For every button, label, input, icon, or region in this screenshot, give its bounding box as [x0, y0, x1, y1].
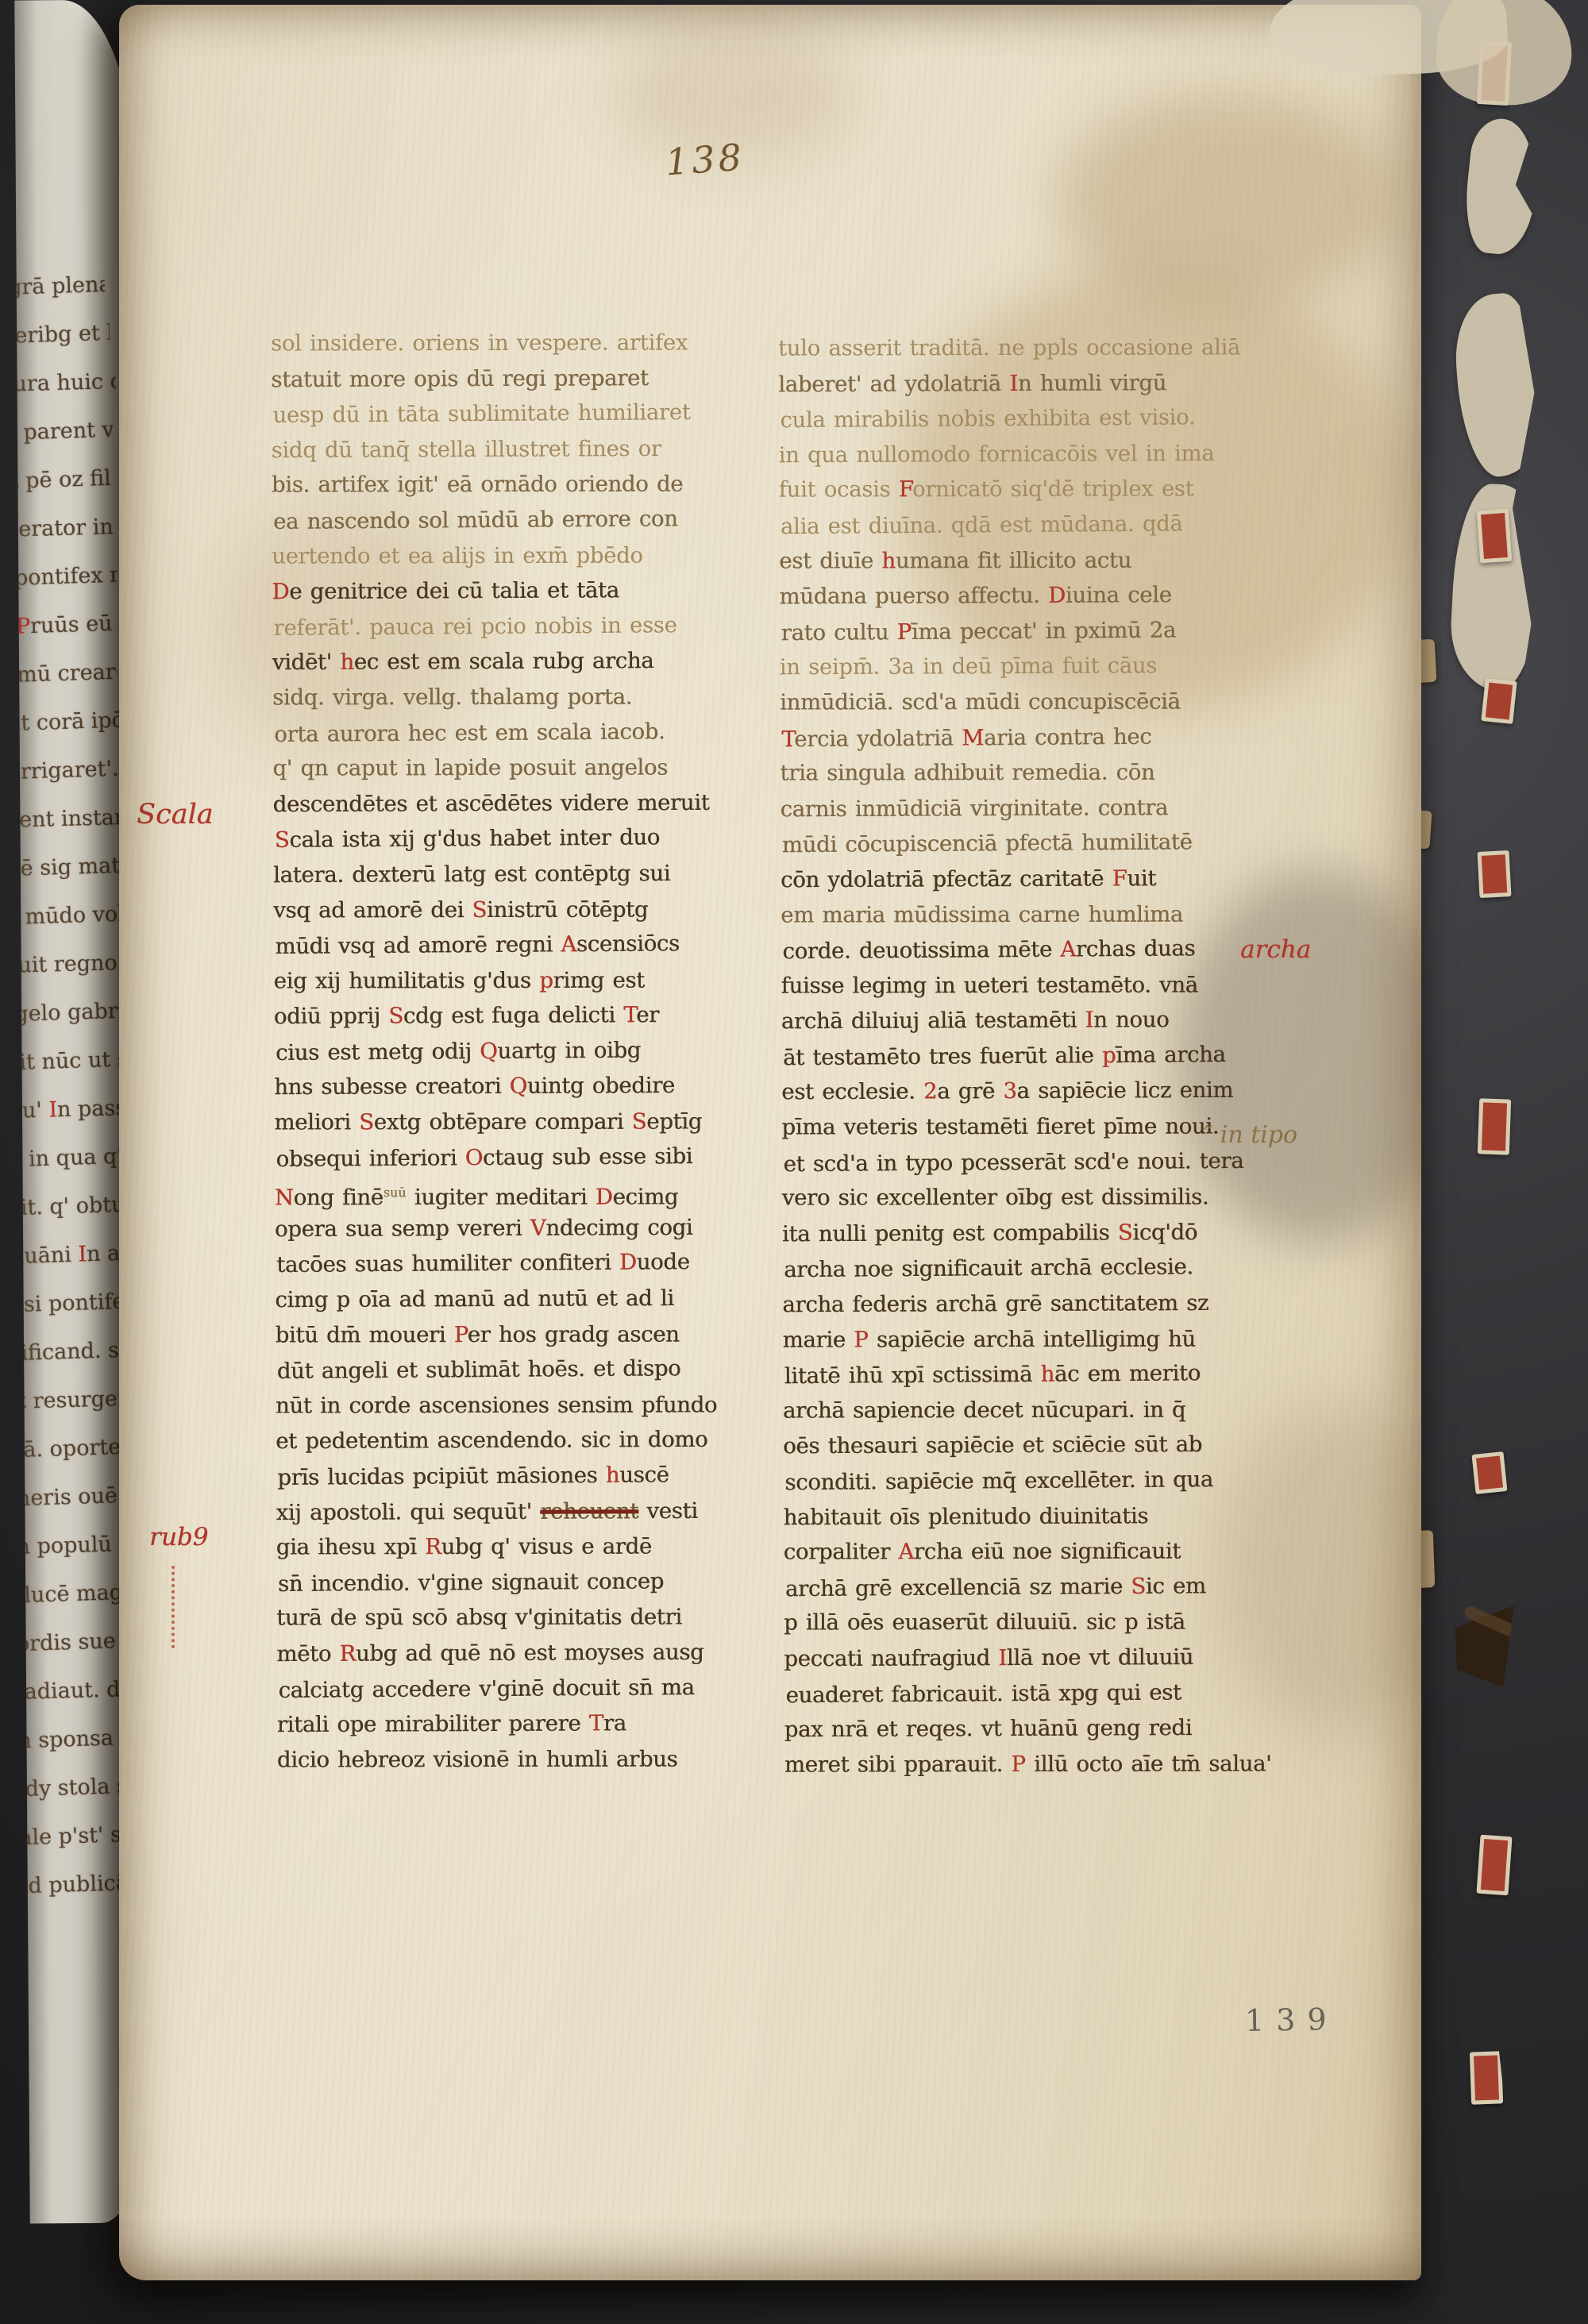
manuscript-text-line: est ecclesie. 2a grē 3a sapiēcie licz en… — [781, 1073, 1258, 1110]
marginal-note-archa: archa — [1240, 935, 1311, 964]
manuscript-text-line: euaderet fabricauit. istā xpg qui est — [785, 1674, 1262, 1713]
marginal-note-in-tipo: ″ in tipo — [1204, 1121, 1297, 1149]
torn-leaf-edge — [1451, 291, 1547, 480]
manuscript-text-line: s huāni In ara m — [14, 1228, 136, 1281]
manuscript-text-line: oēs thesauri sapiēcie et sciēcie sūt ab — [783, 1427, 1259, 1464]
manuscript-text-line: corpaliter Archa eiū noe significauit — [784, 1534, 1260, 1571]
manuscript-text-line: ostent instar sz ac — [14, 793, 130, 846]
manuscript-text-line: gia ihesu xpī Rubg q' visus e ardē — [276, 1529, 709, 1566]
manuscript-text-line: cius est metg odij Quartg in oibg — [276, 1032, 708, 1071]
red-index-tab — [1471, 1451, 1507, 1494]
red-index-tab — [1470, 2051, 1503, 2104]
manuscript-text-line: latera. dexterū latg est contēptg sui — [273, 856, 706, 893]
text-column-left: sol insidere. oriens in vespere. artifex… — [271, 325, 710, 1779]
manuscript-text-line: mulieribg et bn̄dicta — [14, 309, 110, 362]
manuscript-text-line: peccati naufragiud Illā noe vt diluuiū — [784, 1640, 1260, 1677]
marginal-note-rubus: rub9 — [149, 1523, 208, 1551]
manuscript-text-line: tria singula adhibuit remedia. cōn — [780, 755, 1256, 792]
manuscript-text-line: rato cultu Pīma peccat' in pximū 2a — [781, 611, 1258, 650]
manuscript-text-line: corde. deuotissima mēte Archas duas — [782, 931, 1258, 969]
manuscript-text-line: vsq ad amorē dei Sinistrū cōtēptg — [273, 892, 706, 928]
manuscript-text-line: vero sic excellenter oībg est dissimilis… — [782, 1180, 1258, 1216]
manuscript-text-line: p illā oēs euaserūt diluuiū. sic p istā — [784, 1605, 1260, 1641]
manuscript-text-line: xij apostoli. qui sequūt' reheuent vesti — [276, 1493, 708, 1530]
red-dotted-marginal-line — [172, 1566, 175, 1648]
manuscript-text-line: ea nascendo sol mūdū ab errore con — [273, 501, 706, 540]
manuscript-text-line: calciatg accedere v'ginē docuit sn̄ ma — [278, 1669, 711, 1708]
manuscript-text-line: et scd'a in typo pcesserāt scd'e noui. t… — [783, 1143, 1259, 1181]
manuscript-text-line: vidēt' hec est em scala rubg archa — [272, 643, 705, 680]
manuscript-text-line: meret sibi pparauit. P illū octo aīe tm̄… — [784, 1746, 1261, 1783]
manuscript-text-line: tulo asserit traditā. ne ppls occasione … — [778, 330, 1255, 366]
manuscript-text-line: litatē ihū xpī sctissimā hāc em merito — [784, 1355, 1261, 1394]
manuscript-text-line: fuit ocasis Fornicatō siq'dē triplex est — [779, 472, 1255, 508]
manuscript-text-line: meliori Sextg obtēpare compari Septīg — [274, 1104, 707, 1141]
manuscript-text-line: marie P sapiēcie archā intelligimg hū — [783, 1321, 1259, 1358]
manuscript-text-line: statuit more opis dū regi preparet — [271, 360, 703, 397]
manuscript-text-line: De genitrice dei cū talia et tāta — [272, 572, 704, 610]
manuscript-text-line: sidq. virga. vellg. thalamg porta. — [272, 679, 705, 715]
folio-number-stamp: 139 — [1245, 2002, 1339, 2038]
manuscript-text-line: archā diluiuj aliā testamēti In nouo — [781, 1002, 1258, 1039]
manuscript-text-line: mūdi vsq ad amorē regni Ascensiōcs — [275, 926, 707, 965]
manuscript-text-line: archa noe significauit archā ecclesie. — [784, 1249, 1260, 1288]
manuscript-text-line: dicio hebreoz visionē in humli arbus — [277, 1741, 710, 1778]
manuscript-text-line: opera sua semp vereri Vndecimg cogi — [275, 1210, 707, 1247]
manuscript-text-line: imperator in regno — [14, 503, 121, 555]
manuscript-text-line: cimg p oīa ad manū ad nutū et ad li — [275, 1281, 707, 1318]
red-index-tab — [1477, 509, 1513, 564]
red-index-tab — [1476, 1835, 1512, 1896]
manuscript-text-line: referāt'. pauca rei pcio nobis in esse — [274, 607, 707, 646]
manuscript-text-line: ne irrigaret'. et ide — [14, 745, 124, 798]
manuscript-text-line: habitauit oīs plenitudo diuinitatis — [783, 1497, 1259, 1535]
manuscript-text-line: aue grā plena dnj — [14, 260, 106, 314]
photo-background: aue grā plena dnjmulieribg et bn̄dictaNa… — [0, 0, 1588, 2324]
manuscript-text-line: itaut corā ipō fidage — [14, 696, 122, 750]
manuscript-text-line: tacōes suas humiliter confiteri Duode — [276, 1244, 709, 1283]
manuscript-text-line: uertendo et ea alijs in exm̄ pbēdo — [272, 538, 704, 574]
manuscript-text-line: sidq dū tanq̄ stella illustret fines or — [272, 431, 704, 468]
red-index-tab — [1478, 850, 1512, 898]
manuscript-text-line: bitū dm̄ moueri Per hos gradg ascen — [276, 1316, 708, 1353]
manuscript-text-line: Nong finēsuū iugiter meditari Decimg — [275, 1175, 707, 1212]
manuscript-text-line: emit nūc ut suā — [14, 1035, 129, 1089]
text-column-right: tulo asserit traditā. ne ppls occasione … — [778, 330, 1261, 1783]
manuscript-text-line: tauit pē oz filiuū ut — [14, 454, 112, 507]
manuscript-text-line: prīs lucidas pcipiūt māsiones huscē — [277, 1457, 710, 1496]
manuscript-text-line: sn̄ incendio. v'gine signauit concep — [278, 1563, 711, 1602]
manuscript-text-line: mūdi cōcupiscenciā pfectā humilitatē — [782, 824, 1258, 863]
manuscript-text-line: carnis inmūdiciā virginitate. contra — [781, 789, 1257, 827]
manuscript-text-line: archā grē excellenciā sz marie Sic em — [785, 1568, 1262, 1607]
manuscript-text-line: pauit regno ange — [14, 938, 135, 991]
manuscript-text-line: Scala ista xij g'dus habet inter duo — [275, 819, 707, 858]
manuscript-text-line: archā sapiencie decet nūcupari. in q̄ — [783, 1392, 1259, 1428]
manuscript-text-line: pax nrā et reqes. vt huānū geng redi — [784, 1710, 1261, 1748]
marginal-note-scala: Scala — [137, 799, 214, 831]
manuscript-text-line: in qua nullomodo fornicacōis vel in ima — [779, 435, 1255, 472]
manuscript-text-line: no. Pruūs eū alessu — [14, 599, 119, 653]
manuscript-text-line: lissimū crearet. q̄ — [14, 648, 118, 701]
manuscript-text-line: sol insidere. oriens in vespere. artifex — [271, 325, 703, 361]
manuscript-text-line: archa federis archā grē sanctitatem sz — [782, 1285, 1258, 1323]
manuscript-text-line: ut. in qua q' tam — [14, 1131, 136, 1185]
red-index-tab — [1478, 1098, 1511, 1154]
manuscript-text-line: cōn ydolatriā pfectāz caritatē Fuit — [781, 861, 1257, 898]
manuscript-text-line: sconditi. sapiēcie mq̄ excellēter. in qu… — [784, 1462, 1261, 1501]
manuscript-text-line: cula mirabilis nobis exhibita est visio. — [780, 399, 1256, 438]
red-index-tab — [1481, 678, 1517, 724]
parchment-stain — [1056, 92, 1397, 306]
manuscript-text-line: in seipm̄. 3a in deū pīma fuit cāus — [780, 648, 1256, 685]
manuscript-text-line: mūdana puerso affectu. Diuina cele — [779, 577, 1255, 615]
manuscript-text-line: fuisse legimg in ueteri testamēto. vnā — [781, 967, 1258, 1004]
manuscript-text-line: odiū pprij Scdg est fuga delicti Ter — [274, 997, 707, 1035]
manuscript-text-line: obsequi inferiori Octaug sub esse sibi — [276, 1139, 708, 1177]
manuscript-text-line: q' qn caput in lapide posuit angelos — [272, 750, 705, 787]
manuscript-text-line: turā de spū scō absq v'ginitatis detri — [276, 1600, 709, 1636]
folio-number-top: 138 — [664, 136, 746, 184]
manuscript-text-line: orta aurora hec est em scala iacob. — [274, 713, 707, 752]
manuscript-text-line: em maria mūdissima carne humlima — [781, 896, 1257, 933]
manuscript-text-line: mēto Rubg ad quē nō est moyses ausg — [276, 1635, 709, 1672]
manuscript-text-line: angelo gabrieli ā — [14, 986, 132, 1039]
manuscript-text-line: ita nulli penitg est compabilis Sicq'dō — [782, 1215, 1258, 1252]
manuscript-text-line: laberet' ad ydolatriā In humli virgū — [778, 364, 1255, 402]
manuscript-text-line: āt testamēto tres fuerūt alie pīma archa — [783, 1037, 1259, 1076]
manuscript-text-line: ritali ope mirabiliter parere Tra — [277, 1705, 710, 1743]
manuscript-text-line: inmūdiciā. scd'a mūdi concupiscēciā — [780, 684, 1256, 720]
manuscript-text-line: bis. artifex igit' eā ornādo oriendo de — [272, 467, 704, 503]
manuscript-page: 138 sol insidere. oriens in vespere. art… — [119, 5, 1421, 2280]
manuscript-text-line: hns subesse creatori Quintg obedire — [274, 1068, 707, 1105]
manuscript-text-line: ē ipē sig mater — [14, 842, 124, 895]
manuscript-text-line: descendētes et ascēdētes videre meruit — [273, 785, 706, 823]
manuscript-text-line: no. pontifex māsule — [14, 551, 118, 604]
manuscript-text-line: est diuīe humana fit illicito actu — [779, 542, 1255, 579]
manuscript-text-line: uesp dū in tāta sublimitate humiliaret — [272, 395, 705, 434]
manuscript-text-line: pīma veteris testamēti fieret pīme noui. — [781, 1108, 1258, 1145]
manuscript-text-line: alia est diuīna. qdā est mūdana. qdā — [781, 506, 1257, 545]
manuscript-text-line: eig xij humilitatis g'dus primg est — [274, 962, 707, 999]
manuscript-text-line: dūt angeli et sublimāt hoēs. et dispo — [277, 1351, 710, 1389]
manuscript-text-line: Natura huic decale — [14, 357, 117, 410]
manuscript-text-line: igē mūdo volā — [14, 889, 129, 942]
manuscript-text-line: et pedetentim ascendendo. sic in domo — [276, 1422, 708, 1459]
manuscript-text-line: nūt in corde ascensiones sensim pfundo — [276, 1387, 708, 1424]
manuscript-text-line: mne parent virgo — [14, 406, 114, 459]
manuscript-text-line: Tercia ydolatriā Maria contra hec — [781, 718, 1258, 757]
torn-leaf-edge — [1460, 116, 1542, 257]
